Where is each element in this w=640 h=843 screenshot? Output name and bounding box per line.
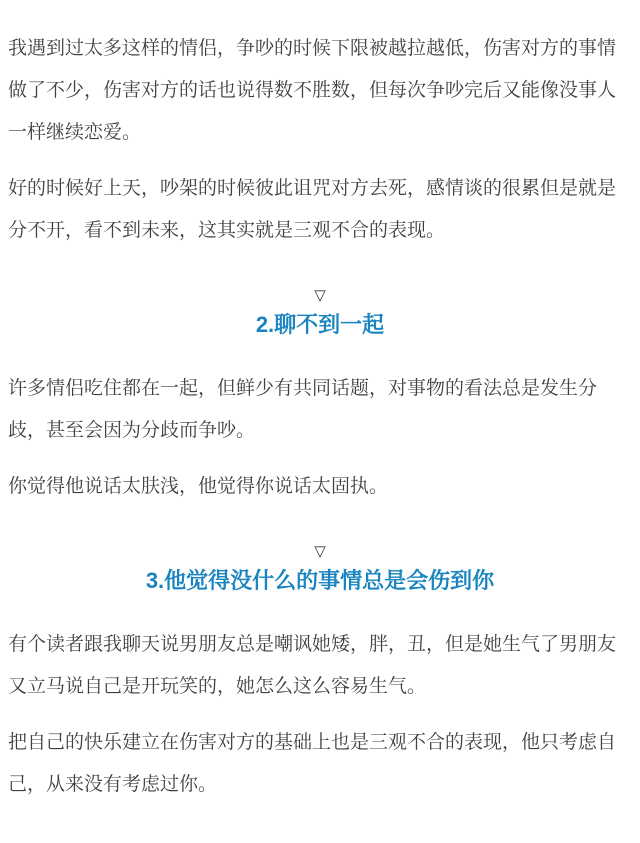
article-body: 我遇到过太多这样的情侣，争吵的时候下限被越拉越低，伤害对方的事情做了不少，伤害对…: [0, 0, 640, 806]
paragraph: 把自己的快乐建立在伤害对方的基础上也是三观不合的表现，他只考虑自己，从来没有考虑…: [8, 722, 632, 806]
section-heading: 2.聊不到一起: [8, 310, 632, 340]
paragraph: 有个读者跟我聊天说男朋友总是嘲讽她矮，胖，丑，但是她生气了男朋友又立马说自己是开…: [8, 624, 632, 708]
paragraph: 好的时候好上天，吵架的时候彼此诅咒对方去死，感情谈的很累但是就是分不开，看不到未…: [8, 168, 632, 252]
paragraph: 我遇到过太多这样的情侣，争吵的时候下限被越拉越低，伤害对方的事情做了不少，伤害对…: [8, 28, 632, 154]
paragraph: 你觉得他说话太肤浅，他觉得你说话太固执。: [8, 466, 632, 508]
paragraph: 许多情侣吃住都在一起，但鲜少有共同话题，对事物的看法总是发生分歧，甚至会因为分歧…: [8, 368, 632, 452]
down-triangle-icon: ▽: [8, 542, 632, 562]
down-triangle-icon: ▽: [8, 286, 632, 306]
section-heading: 3.他觉得没什么的事情总是会伤到你: [8, 566, 632, 596]
